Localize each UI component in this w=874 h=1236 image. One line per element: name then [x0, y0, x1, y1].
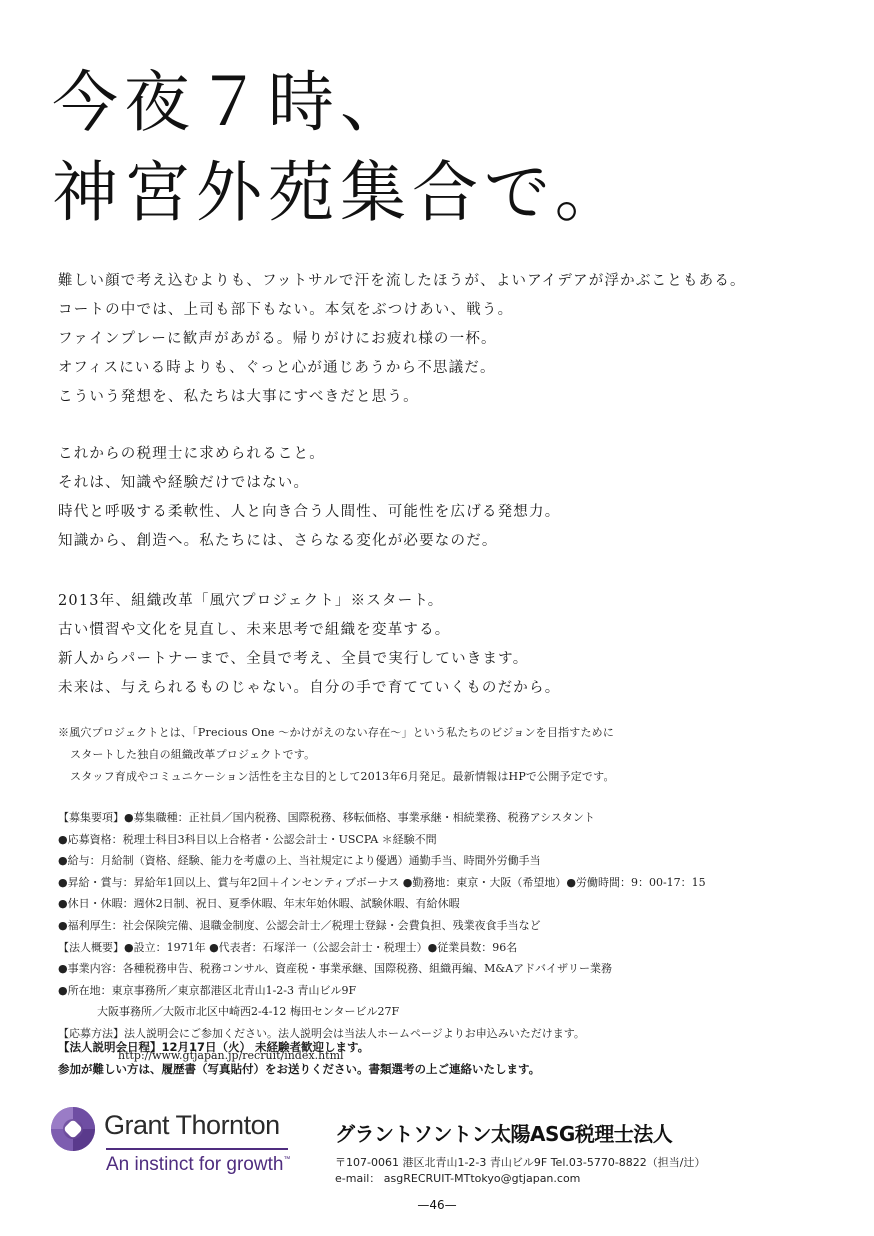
- company-overview: 【法人概要】●設立：1971年 ●代表者：石塚洋一（公認会計士・税理士）●従業員…: [58, 937, 706, 959]
- body-paragraph-2: これからの税理士に求められること。 それは、知識や経験だけではない。 時代と呼吸…: [58, 440, 560, 556]
- page-number: —46—: [0, 1198, 874, 1212]
- body-line: コートの中では、上司も部下もない。本気をぶつけあい、戦う。: [58, 296, 746, 325]
- body-paragraph-1: 難しい顔で考え込むよりも、フットサルで汗を流したほうが、よいアイデアが浮かぶこと…: [58, 267, 746, 412]
- headline-line-1: 今夜７時、: [52, 58, 627, 148]
- schedule-line-2: 参加が難しい方は、履歴書（写真貼付）をお送りください。書類選考の上ご連絡いたしま…: [58, 1058, 540, 1080]
- firm-contact: グラントソントン太陽ASG税理士法人 〒107-0061 港区北青山1-2-3 …: [335, 1118, 706, 1187]
- body-line: これからの税理士に求められること。: [58, 440, 560, 469]
- location-osaka: 大阪事務所／大阪市北区中崎西2-4-12 梅田センタービル27F: [58, 1001, 706, 1023]
- req-salary: ●給与：月給制（資格、経験、能力を考慮の上、当社規定により優遇）通勤手当、時間外…: [58, 850, 706, 872]
- body-paragraph-3: 2013年、組織改革「風穴プロジェクト」※スタート。 古い慣習や文化を見直し、未…: [58, 587, 560, 703]
- body-line: こういう発想を、私たちは大事にすべきだと思う。: [58, 383, 746, 412]
- footnote: ※風穴プロジェクトとは、「Precious One 〜かけがえのない存在〜」とい…: [58, 722, 615, 788]
- firm-name: グラントソントン太陽ASG税理士法人: [335, 1118, 706, 1147]
- body-line: 古い慣習や文化を見直し、未来思考で組織を変革する。: [58, 616, 560, 645]
- recruitment-requirements: 【募集要項】●募集職種：正社員／国内税務、国際税務、移転価格、事業承継・相続業務…: [58, 807, 706, 1066]
- body-line: オフィスにいる時よりも、ぐっと心が通じあうから不思議だ。: [58, 354, 746, 383]
- logo-divider: [106, 1148, 288, 1150]
- headline: 今夜７時、 神宮外苑集合で。: [52, 58, 627, 238]
- schedule-line-1: 【法人説明会日程】12月17日（火） 未経験者歓迎します。: [58, 1036, 540, 1058]
- footnote-line: スタッフ育成やコミュニケーション活性を主な目的として2013年6月発足。最新情報…: [58, 766, 615, 788]
- business-content: ●事業内容：各種税務申告、税務コンサル、資産税・事業承継、国際税務、組織再編、M…: [58, 958, 706, 980]
- req-holidays: ●休日・休暇：週休2日制、祝日、夏季休暇、年末年始休暇、試験休暇、有給休暇: [58, 893, 706, 915]
- req-qualifications: ●応募資格：税理士科目3科目以上合格者・公認会計士・USCPA ＊経験不問: [58, 829, 706, 851]
- body-line: ファインプレーに歓声があがる。帰りがけにお疲れ様の一杯。: [58, 325, 746, 354]
- footnote-line: ※風穴プロジェクトとは、「Precious One 〜かけがえのない存在〜」とい…: [58, 722, 615, 744]
- seminar-schedule: 【法人説明会日程】12月17日（火） 未経験者歓迎します。 参加が難しい方は、履…: [58, 1036, 540, 1080]
- logo-wordmark: Grant Thornton: [104, 1110, 280, 1141]
- logo-tagline: An instinct for growth™: [106, 1154, 290, 1176]
- req-positions: 【募集要項】●募集職種：正社員／国内税務、国際税務、移転価格、事業承継・相続業務…: [58, 807, 706, 829]
- grant-thornton-swirl-icon: [50, 1106, 96, 1152]
- firm-email-link[interactable]: e-mail： asgRECRUIT-MTtokyo@gtjapan.com: [335, 1171, 706, 1187]
- body-line: 知識から、創造へ。私たちには、さらなる変化が必要なのだ。: [58, 527, 560, 556]
- body-line: 新人からパートナーまで、全員で考え、全員で実行していきます。: [58, 645, 560, 674]
- req-raises-hours: ●昇給・賞与：昇給年1回以上、賞与年2回＋インセンティブボーナス ●勤務地：東京…: [58, 872, 706, 894]
- trademark-symbol: ™: [283, 1156, 290, 1163]
- firm-address: 〒107-0061 港区北青山1-2-3 青山ビル9F Tel.03-5770-…: [335, 1155, 706, 1171]
- headline-line-2: 神宮外苑集合で。: [52, 148, 627, 238]
- body-line: 未来は、与えられるものじゃない。自分の手で育てていくものだから。: [58, 674, 560, 703]
- footnote-line: スタートした独自の組織改革プロジェクトです。: [58, 744, 615, 766]
- grant-thornton-logo: Grant Thornton An instinct for growth™: [50, 1104, 300, 1184]
- req-benefits: ●福利厚生：社会保険完備、退職金制度、公認会計士／税理士登録・会費負担、残業夜食…: [58, 915, 706, 937]
- body-line: 2013年、組織改革「風穴プロジェクト」※スタート。: [58, 587, 560, 616]
- body-line: 難しい顔で考え込むよりも、フットサルで汗を流したほうが、よいアイデアが浮かぶこと…: [58, 267, 746, 296]
- location-tokyo: ●所在地：東京事務所／東京都港区北青山1-2-3 青山ビル9F: [58, 980, 706, 1002]
- body-line: それは、知識や経験だけではない。: [58, 469, 560, 498]
- body-line: 時代と呼吸する柔軟性、人と向き合う人間性、可能性を広げる発想力。: [58, 498, 560, 527]
